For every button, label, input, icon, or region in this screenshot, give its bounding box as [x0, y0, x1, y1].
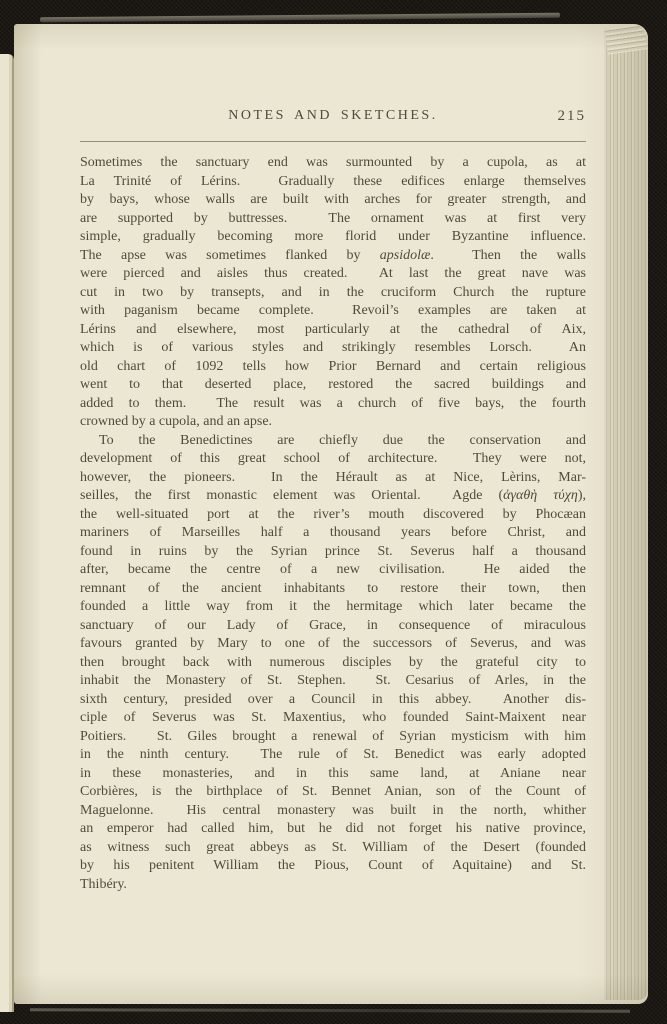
text-segment: ), [578, 488, 586, 503]
text-segment: Thibéry. [80, 877, 127, 892]
text-line: Poitiers. St. Giles brought a renewal of… [80, 728, 586, 747]
text-line: mariners of Marseilles half a thousand y… [80, 524, 586, 543]
page-corner-steps [604, 23, 647, 54]
text-segment: with paganism became complete. Revoil’s … [80, 303, 586, 318]
text-line: Lérins and elsewhere, most particularly … [80, 321, 586, 340]
text-line: as witness such great abbeys as St. Will… [80, 839, 586, 858]
text-line: ciple of Severus was St. Maxentius, who … [80, 709, 586, 728]
text-line: remnant of the ancient inhabitants to re… [80, 580, 586, 599]
text-segment: sixth century, presided over a Council i… [80, 692, 586, 707]
text-segment: were pierced and aisles thus created. At… [80, 266, 586, 281]
text-line: by his penitent William the Pious, Count… [80, 857, 586, 876]
italic-text: ἀγαθὴ τύχη [503, 488, 578, 503]
text-segment: favours granted by Mary to one of the su… [80, 636, 586, 651]
text-segment: Maguelonne. His central monastery was bu… [80, 803, 586, 818]
text-segment: inhabit the Monastery of St. Stephen. St… [80, 673, 586, 688]
text-segment: The apse was sometimes flanked by [80, 248, 380, 263]
text-segment: old chart of 1092 tells how Prior Bernar… [80, 359, 586, 374]
text-line: founded a little way from it the hermita… [80, 598, 586, 617]
text-line: in the ninth century. The rule of St. Be… [80, 746, 586, 765]
text-line: Sometimes the sanctuary end was surmount… [80, 154, 586, 173]
text-line: the well-situated port at the river’s mo… [80, 506, 586, 525]
text-line: went to that deserted place, restored th… [80, 376, 586, 395]
text-segment: remnant of the ancient inhabitants to re… [80, 581, 586, 596]
italic-text: apsidolæ [380, 248, 431, 263]
page-stack-top-edge [40, 13, 560, 23]
text-line: The apse was sometimes flanked by apsido… [80, 247, 586, 266]
text-segment: then brought back with numerous disciple… [80, 655, 586, 670]
text-segment: Poitiers. St. Giles brought a renewal of… [80, 729, 586, 744]
text-segment: are supported by buttresses. The ornamen… [80, 211, 586, 226]
cover-bottom-seam [30, 1008, 630, 1013]
text-line: in these monasteries, and in this same l… [80, 765, 586, 784]
running-title: NOTES AND SKETCHES. [80, 108, 586, 124]
text-line: added to them. The result was a church o… [80, 395, 586, 414]
text-segment: an emperor had called him, but he did no… [80, 821, 586, 836]
text-segment: To the Benedictines are chiefly due the … [99, 433, 586, 448]
text-line: are supported by buttresses. The ornamen… [80, 210, 586, 229]
text-line: sixth century, presided over a Council i… [80, 691, 586, 710]
paragraph: Sometimes the sanctuary end was surmount… [80, 154, 586, 432]
text-line: which is of various styles and strikingl… [80, 339, 586, 358]
text-line: inhabit the Monastery of St. Stephen. St… [80, 672, 586, 691]
text-segment: simple, gradually becoming more florid u… [80, 229, 586, 244]
text-segment: Corbières, is the birthplace of St. Benn… [80, 784, 586, 799]
text-line: with paganism became complete. Revoil’s … [80, 302, 586, 321]
text-segment: in the ninth century. The rule of St. Be… [80, 747, 586, 762]
text-segment: which is of various styles and strikingl… [80, 340, 586, 355]
page-surface: NOTES AND SKETCHES. 215 Sometimes the sa… [14, 24, 648, 1004]
text-segment: after, became the centre of a new civili… [80, 562, 586, 577]
text-line: cut in two by transepts, and in the cruc… [80, 284, 586, 303]
page-header: NOTES AND SKETCHES. 215 [80, 108, 586, 130]
text-line: old chart of 1092 tells how Prior Bernar… [80, 358, 586, 377]
text-line: sanctuary of our Lady of Grace, in conse… [80, 617, 586, 636]
paragraph: To the Benedictines are chiefly due the … [80, 432, 586, 895]
text-segment: cut in two by transepts, and in the cruc… [80, 285, 586, 300]
text-segment: development of this great school of arch… [80, 451, 586, 466]
text-line: Maguelonne. His central monastery was bu… [80, 802, 586, 821]
text-segment: went to that deserted place, restored th… [80, 377, 586, 392]
text-line: after, became the centre of a new civili… [80, 561, 586, 580]
text-segment: Lérins and elsewhere, most particularly … [80, 322, 586, 337]
text-segment: the well-situated port at the river’s mo… [80, 507, 586, 522]
text-segment: however, the pioneers. In the Hérault as… [80, 470, 586, 485]
text-segment: crowned by a cupola, and an apse. [80, 414, 272, 429]
text-segment: seilles, the first monastic element was … [80, 488, 503, 503]
header-rule [80, 141, 586, 142]
text-segment: as witness such great abbeys as St. Will… [80, 840, 586, 855]
text-line: by bays, whose walls are built with arch… [80, 191, 586, 210]
text-segment: in these monasteries, and in this same l… [80, 766, 586, 781]
text-line: found in ruins by the Syrian prince St. … [80, 543, 586, 562]
text-line: then brought back with numerous disciple… [80, 654, 586, 673]
text-segment: La Trinité of Lérins. Gradually these ed… [80, 174, 586, 189]
text-segment: ciple of Severus was St. Maxentius, who … [80, 710, 586, 725]
text-segment: by bays, whose walls are built with arch… [80, 192, 586, 207]
text-segment: added to them. The result was a church o… [80, 396, 586, 411]
text-line: however, the pioneers. In the Hérault as… [80, 469, 586, 488]
fore-edge-page-stack [604, 28, 648, 1000]
text-line: La Trinité of Lérins. Gradually these ed… [80, 173, 586, 192]
text-segment: Sometimes the sanctuary end was surmount… [80, 155, 586, 170]
text-segment: founded a little way from it the hermita… [80, 599, 586, 614]
text-segment: . Then the walls [430, 248, 586, 263]
text-segment: by his penitent William the Pious, Count… [80, 858, 586, 873]
text-segment: sanctuary of our Lady of Grace, in conse… [80, 618, 586, 633]
text-line: To the Benedictines are chiefly due the … [80, 432, 586, 451]
text-line: development of this great school of arch… [80, 450, 586, 469]
facing-page-gutter-edge [0, 54, 14, 1012]
text-segment: found in ruins by the Syrian prince St. … [80, 544, 586, 559]
text-line: were pierced and aisles thus created. At… [80, 265, 586, 284]
text-segment: mariners of Marseilles half a thousand y… [80, 525, 586, 540]
body-text: Sometimes the sanctuary end was surmount… [80, 154, 586, 894]
text-line: Corbières, is the birthplace of St. Benn… [80, 783, 586, 802]
text-line: favours granted by Mary to one of the su… [80, 635, 586, 654]
text-line: Thibéry. [80, 876, 586, 895]
printed-text-block: NOTES AND SKETCHES. 215 Sometimes the sa… [80, 108, 586, 894]
text-line: seilles, the first monastic element was … [80, 487, 586, 506]
text-line: simple, gradually becoming more florid u… [80, 228, 586, 247]
text-line: crowned by a cupola, and an apse. [80, 413, 586, 432]
page-number: 215 [558, 108, 587, 125]
text-line: an emperor had called him, but he did no… [80, 820, 586, 839]
